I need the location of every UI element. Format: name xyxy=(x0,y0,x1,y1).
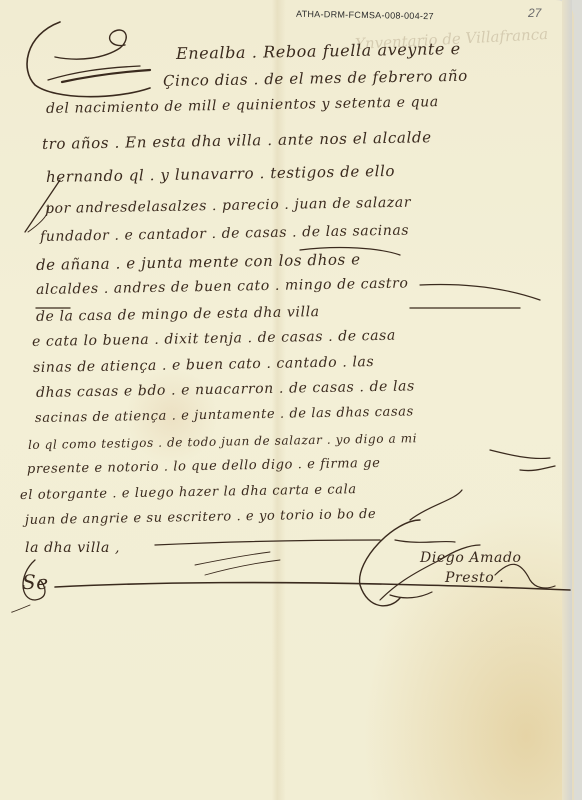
signature-name: Diego Amado xyxy=(420,550,522,566)
margin-mark: Se xyxy=(22,570,49,594)
text-line-19: la dha villa , xyxy=(25,540,120,556)
signature-subtext: Presto . xyxy=(445,570,504,586)
manuscript-page: ATHA-DRM-FCMSA-008-004-27 27 Ynventario … xyxy=(0,0,574,800)
decorated-initial-icon xyxy=(27,22,150,97)
